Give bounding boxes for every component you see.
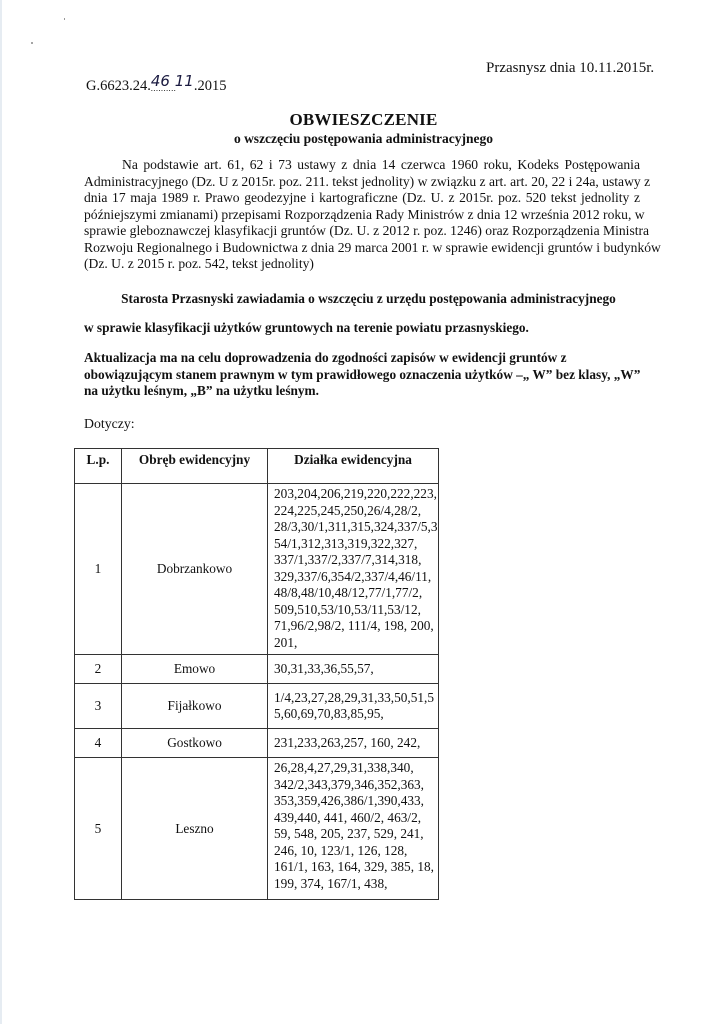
plot-numbers-line: 329,337/6,354/2,337/4,46/11, — [274, 569, 438, 586]
cell-dzialki: 30,31,33,36,55,57, — [268, 655, 439, 684]
plot-numbers-line: 59, 548, 205, 237, 529, 241, — [274, 826, 438, 843]
reference-prefix: G.6623.24. — [86, 78, 151, 94]
plot-numbers-line: 353,359,426,386/1,390,433, — [274, 793, 438, 810]
document-subtitle: o wszczęciu postępowania administracyjne… — [2, 131, 723, 147]
cell-lp: 1 — [75, 484, 122, 655]
plot-numbers-line: 28/3,30/1,311,315,324,337/5,3 — [274, 519, 438, 536]
header-obreb: Obręb ewidencyjny — [122, 449, 268, 484]
plot-numbers-line: 342/2,343,379,346,352,363, — [274, 777, 438, 794]
cell-lp: 2 — [75, 655, 122, 684]
plot-numbers-line: 439,440, 441, 460/2, 463/2, — [274, 810, 438, 827]
table-row: 1Dobrzankowo203,204,206,219,220,222,223,… — [75, 484, 439, 655]
plot-numbers-line: 54/1,312,313,319,322,327, — [274, 536, 438, 553]
legal-basis-line: Rozwoju Regionalnego i Budownictwa z dni… — [84, 240, 640, 257]
cell-lp: 4 — [75, 729, 122, 758]
plot-numbers-line: 71,96/2,98/2, 111/4, 198, 200, — [274, 618, 438, 635]
plots-table: L.p. Obręb ewidencyjny Działka ewidencyj… — [74, 448, 439, 900]
legal-basis-line: dnia 17 maja 1989 r. Prawo geodezyjne i … — [84, 190, 640, 207]
cell-obreb: Dobrzankowo — [122, 484, 268, 655]
legal-basis-line: (Dz. U. z 2015 r. poz. 542, tekst jednol… — [84, 256, 640, 273]
table-row: 2Emowo30,31,33,36,55,57, — [75, 655, 439, 684]
cell-obreb: Fijałkowo — [122, 684, 268, 729]
reference-suffix: .2015 — [194, 78, 227, 94]
plot-numbers-line: 224,225,245,250,26/4,28/2, — [274, 503, 438, 520]
cell-obreb: Leszno — [122, 758, 268, 900]
cell-dzialki: 231,233,263,257, 160, 242, — [268, 729, 439, 758]
cell-dzialki: 26,28,4,27,29,31,338,340,342/2,343,379,3… — [268, 758, 439, 900]
plot-numbers-line: 337/1,337/2,337/7,314,318, — [274, 552, 438, 569]
plot-numbers-line: 201, — [274, 635, 438, 652]
reference-number: G.6623.24...........46 11.2015 — [86, 76, 226, 95]
cell-obreb: Emowo — [122, 655, 268, 684]
cell-lp: 3 — [75, 684, 122, 729]
purpose-paragraph: Aktualizacja ma na celu doprowadzenia do… — [84, 350, 640, 400]
plot-numbers-line: 5,60,69,70,83,85,95, — [274, 706, 438, 723]
legal-basis-line: sprawie gleboznawczej klasyfikacji grunt… — [84, 223, 640, 240]
header-dzialka: Działka ewidencyjna — [268, 449, 439, 484]
table-row: 3Fijałkowo1/4,23,27,28,29,31,33,50,51,55… — [75, 684, 439, 729]
legal-basis-line: Na podstawie art. 61, 62 i 73 ustawy z d… — [84, 157, 640, 174]
plot-numbers-line: 509,510,53/10,53/11,53/12, — [274, 602, 438, 619]
table-row: 4Gostkowo231,233,263,257, 160, 242, — [75, 729, 439, 758]
legal-basis-paragraph: Na podstawie art. 61, 62 i 73 ustawy z d… — [84, 157, 640, 273]
plot-numbers-line: 1/4,23,27,28,29,31,33,50,51,5 — [274, 690, 438, 707]
plot-numbers-line: 246, 10, 123/1, 126, 128, — [274, 843, 438, 860]
cell-lp: 5 — [75, 758, 122, 900]
scan-speck — [31, 42, 33, 44]
cell-obreb: Gostkowo — [122, 729, 268, 758]
concerns-label: Dotyczy: — [84, 416, 135, 432]
legal-basis-line: Administracyjnego (Dz. U z 2015r. poz. 2… — [84, 174, 640, 191]
legal-basis-line: późniejszymi zmianami) przepisami Rozpor… — [84, 207, 640, 224]
table-header-row: L.p. Obręb ewidencyjny Działka ewidencyj… — [75, 449, 439, 484]
matter: w sprawie klasyfikacji użytków gruntowyc… — [84, 320, 529, 336]
plot-numbers-line: 161/1, 163, 164, 329, 385, 18, — [274, 859, 438, 876]
purpose-line: obowiązującym stanem prawnym w tym prawi… — [84, 367, 640, 384]
plot-numbers-line: 231,233,263,257, 160, 242, — [274, 735, 438, 752]
announcement: Starosta Przasnyski zawiadamia o wszczęc… — [2, 291, 723, 307]
cell-dzialki: 1/4,23,27,28,29,31,33,50,51,55,60,69,70,… — [268, 684, 439, 729]
header-lp: L.p. — [75, 449, 122, 484]
reference-handwritten-fill: ..........46 11 — [151, 76, 194, 94]
document-title: OBWIESZCZENIE — [2, 110, 723, 130]
purpose-line: na użytku leśnym, „B” na użytku leśnym. — [84, 383, 640, 400]
plot-numbers-line: 199, 374, 167/1, 438, — [274, 876, 438, 893]
plot-numbers-line: 203,204,206,219,220,222,223, — [274, 486, 438, 503]
purpose-line: Aktualizacja ma na celu doprowadzenia do… — [84, 350, 640, 367]
scan-speck — [64, 18, 65, 20]
place-and-date: Przasnysz dnia 10.11.2015r. — [486, 60, 654, 77]
table-row: 5Leszno26,28,4,27,29,31,338,340,342/2,34… — [75, 758, 439, 900]
cell-dzialki: 203,204,206,219,220,222,223,224,225,245,… — [268, 484, 439, 655]
plot-numbers-line: 48/8,48/10,48/12,77/1,77/2, — [274, 585, 438, 602]
plot-numbers-line: 26,28,4,27,29,31,338,340, — [274, 760, 438, 777]
plot-numbers-line: 30,31,33,36,55,57, — [274, 661, 438, 678]
